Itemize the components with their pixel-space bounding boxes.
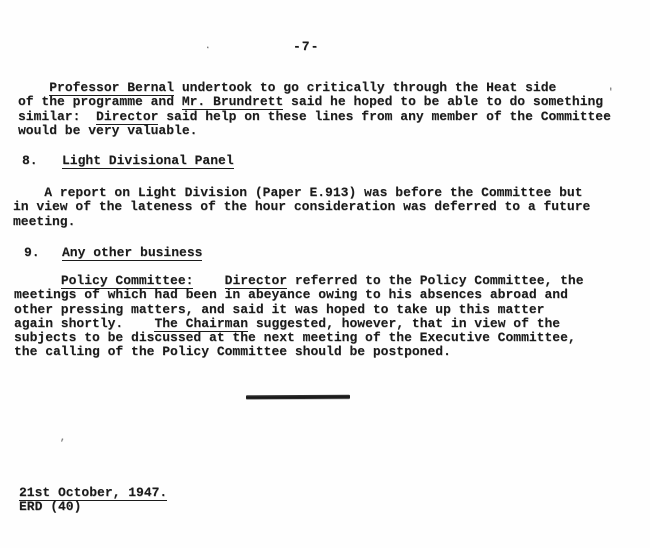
scan-artifact: , (60, 434, 65, 443)
text-line: Professor Bernal undertook to go critica… (18, 81, 611, 95)
text-line: in view of the lateness of the hour cons… (13, 200, 590, 214)
scanned-minutes-page: -7- Professor Bernal undertook to go cri… (0, 0, 650, 548)
indent (18, 80, 49, 95)
text-segment: similar: (18, 109, 96, 124)
text-line: meetings of which had been in abeyance o… (14, 288, 584, 302)
text-line: other pressing matters, and said it was … (14, 303, 584, 317)
text-line: would be very valuable. (18, 124, 611, 138)
closing-divider (246, 395, 350, 399)
text-line: of the programme and Mr. Brundrett said … (18, 95, 611, 109)
text-segment: of the programme and (18, 94, 182, 109)
section-8-number: 8. (22, 153, 38, 168)
section-9-number: 9. (24, 245, 40, 260)
section-9-heading: 9. Any other business (0, 245, 650, 260)
text-line: again shortly. The Chairman suggested, h… (14, 317, 584, 331)
text-line: the calling of the Policy Committee shou… (14, 345, 584, 359)
intro-paragraph: Professor Bernal undertook to go critica… (18, 81, 611, 138)
scan-artifact: . (205, 42, 210, 51)
text-line: subjects to be discussed at the next mee… (14, 331, 584, 345)
section-9-title: Any other business (62, 245, 202, 261)
text-segment: suggested, however, that in view of the (248, 316, 560, 331)
page-number: -7- (293, 39, 319, 54)
text-line: A report on Light Division (Paper E.913)… (13, 186, 590, 200)
text-segment: again shortly. (14, 316, 154, 331)
scan-artifact: ' (608, 88, 613, 97)
text-line: similar: Director said help on these lin… (18, 110, 611, 124)
text-line: Policy Committee: Director referred to t… (14, 274, 584, 288)
text-segment: referred to the Policy Committee, the (287, 273, 583, 288)
section-8-title: Light Divisional Panel (62, 153, 234, 169)
text-segment: undertook to go critically through the H… (174, 80, 556, 95)
footer-reference: ERD (40) (19, 500, 81, 514)
text-line: meeting. (13, 215, 590, 229)
text-segment: said help on these lines from any member… (158, 109, 610, 124)
indent (14, 273, 61, 288)
scan-artifact: - (604, 112, 609, 121)
gap (193, 273, 224, 288)
section-8-heading: 8. Light Divisional Panel (0, 153, 650, 168)
section-8-paragraph: A report on Light Division (Paper E.913)… (13, 186, 590, 229)
section-9-paragraph: Policy Committee: Director referred to t… (14, 274, 584, 360)
text-segment: said he hoped to be able to do something (283, 94, 603, 109)
